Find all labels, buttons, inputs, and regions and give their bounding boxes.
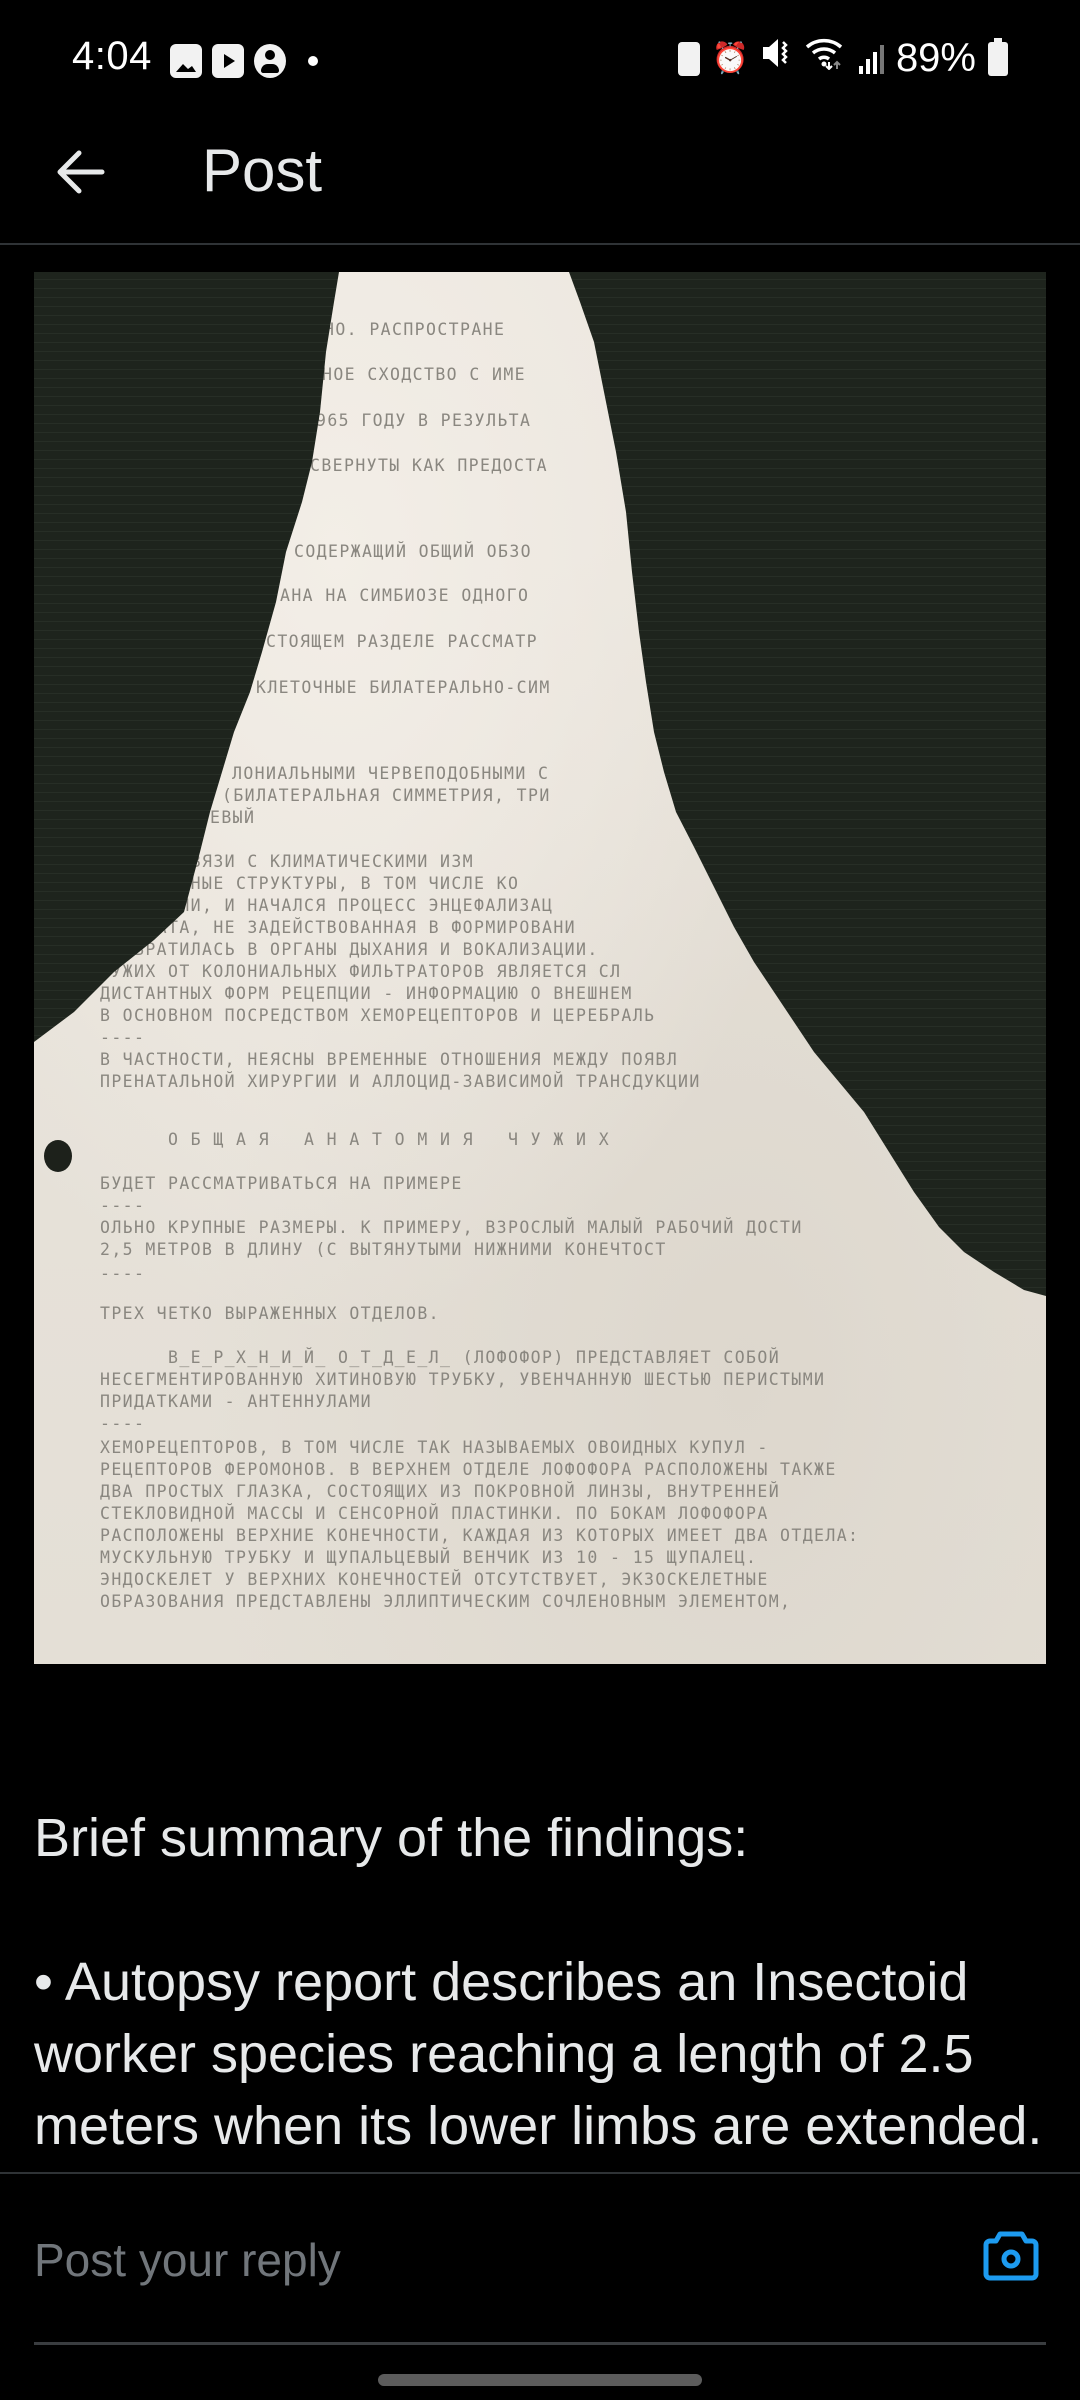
document-line: ---- bbox=[100, 1026, 145, 1049]
document-line: ЛОНИАЛЬНЫМИ ЧЕРВЕПОДОБНЫМИ С bbox=[232, 762, 549, 785]
document-line: ПРЕНАТАЛЬНОЙ ХИРУРГИИ И АЛЛОЦИД-ЗАВИСИМО… bbox=[100, 1070, 701, 1093]
document-line: РАСПОЛОЖЕНЫ ВЕРХНИЕ КОНЕЧНОСТИ, КАЖДАЯ И… bbox=[100, 1524, 859, 1547]
document-line: АНА НА СИМБИОЗЕ ОДНОГО bbox=[280, 584, 529, 607]
document-line: ЧУЖИХ ОТ КОЛОНИАЛЬНЫХ ФИЛЬТРАТОРОВ ЯВЛЯЕ… bbox=[100, 960, 621, 983]
arrow-left-icon bbox=[55, 149, 105, 195]
camera-icon bbox=[982, 2226, 1040, 2284]
post-image[interactable]: НО. РАСПРОСТРАНЕНОЕ СХОДСТВО С ИМЕ965 ГО… bbox=[34, 272, 1046, 1664]
page-title: Post bbox=[202, 136, 322, 205]
home-indicator[interactable] bbox=[378, 2374, 702, 2386]
alarm-icon: ⏰ bbox=[712, 39, 749, 79]
summary-heading: Brief summary of the findings: bbox=[34, 1802, 1044, 1874]
punch-hole bbox=[44, 1140, 72, 1172]
back-button[interactable] bbox=[50, 142, 110, 202]
document-line: СТЕКЛОВИДНОЙ МАССЫ И СЕНСОРНОЙ ПЛАСТИНКИ… bbox=[100, 1502, 769, 1525]
document-line: В ЧАСТНОСТИ, НЕЯСНЫ ВРЕМЕННЫЕ ОТНОШЕНИЯ … bbox=[100, 1048, 678, 1071]
youtube-icon bbox=[212, 44, 244, 78]
document-line: ДИСТАНТНЫХ ФОРМ РЕЦЕПЦИИ - ИНФОРМАЦИЮ О … bbox=[100, 982, 633, 1005]
document-line: УЛ). В СВЯЗИ С КЛИМАТИЧЕСКИМИ ИЗМ bbox=[100, 850, 474, 873]
document-line: ЕВЫЙ bbox=[210, 806, 255, 829]
battery-percent: 89% bbox=[896, 36, 976, 81]
signal-icon bbox=[859, 44, 884, 74]
reply-composer bbox=[0, 2172, 1080, 2400]
status-bar: 4:04 ⏰ 89% bbox=[0, 0, 1080, 120]
document-line: В_Е_Р_Х_Н_И_Й_ О_Т_Д_Е_Л_ (ЛОФОФОР) ПРЕД… bbox=[100, 1346, 780, 1369]
document-line: ДВА ПРОСТЫХ ГЛАЗКА, СОСТОЯЩИХ ИЗ ПОКРОВН… bbox=[100, 1480, 780, 1503]
wifi-icon bbox=[805, 36, 847, 81]
document-line: ПРЕВРАТИЛАСЬ В ОРГАНЫ ДЫХАНИЯ И ВОКАЛИЗА… bbox=[100, 938, 599, 961]
document-line: АППАРАТА, НЕ ЗАДЕЙСТВОВАННАЯ В ФОРМИРОВА… bbox=[100, 916, 576, 939]
post-body: Brief summary of the findings: • Autopsy… bbox=[34, 1802, 1044, 2234]
battery-icon bbox=[988, 42, 1008, 76]
app-bar: Post bbox=[0, 120, 1080, 245]
document-line: МУСКУЛЬНУЮ ТРУБКУ И ЩУПАЛЬЦЕВЫЙ ВЕНЧИК И… bbox=[100, 1546, 757, 1569]
document-line: ПРИДАТКАМИ - АНТЕННУЛАМИ bbox=[100, 1390, 372, 1413]
document-line: ТРЕХ ЧЕТКО ВЫРАЖЕННЫХ ОТДЕЛОВ. bbox=[100, 1302, 440, 1325]
document-line: НО. РАСПРОСТРАНЕ bbox=[324, 318, 505, 341]
status-time: 4:04 bbox=[72, 34, 152, 79]
document-line: КЛЕТОЧНЫЕ БИЛАТЕРАЛЬНО-СИМ bbox=[256, 676, 551, 699]
document-line: О Б Щ А Я А Н А Т О М И Я Ч У Ж И Х bbox=[100, 1128, 610, 1151]
document-line: ЭНДОСКЕЛЕТ У ВЕРХНИХ КОНЕЧНОСТЕЙ ОТСУТСТ… bbox=[100, 1568, 769, 1591]
document-line: СОДЕРЖАЩИЙ ОБЩИЙ ОБЗО bbox=[294, 540, 532, 563]
document-line: СВЕРНУТЫ КАК ПРЕДОСТА bbox=[310, 454, 548, 477]
document-line: (БИЛАТЕРАЛЬНАЯ СИММЕТРИЯ, ТРИ bbox=[222, 784, 551, 807]
document-line: БУДЕТ РАССМАТРИВАТЬСЯ НА ПРИМЕРЕ bbox=[100, 1172, 463, 1195]
document-line: В ОСНОВНОМ ПОСРЕДСТВОМ ХЕМОРЕЦЕПТОРОВ И … bbox=[100, 1004, 655, 1027]
document-line: 965 ГОДУ В РЕЗУЛЬТА bbox=[316, 409, 531, 432]
reply-underline bbox=[34, 2342, 1046, 2345]
account-icon bbox=[254, 44, 286, 78]
document-line: ---- bbox=[100, 1412, 145, 1435]
document-line: ЗОСКЕЛЕТНЫЕ СТРУКТУРЫ, В ТОМ ЧИСЛЕ КО bbox=[100, 872, 519, 895]
document-line: ---- bbox=[100, 1262, 145, 1285]
gallery-icon bbox=[170, 44, 202, 78]
document-line: СТОЯЩЕМ РАЗДЕЛЕ РАССМАТР bbox=[266, 630, 538, 653]
notification-icons bbox=[170, 44, 318, 78]
camera-button[interactable] bbox=[982, 2226, 1040, 2284]
document-line: ---- bbox=[100, 1194, 145, 1217]
document-line: 2,5 МЕТРОВ В ДЛИНУ (С ВЫТЯНУТЫМИ НИЖНИМИ… bbox=[100, 1238, 667, 1261]
document-line: ХЕМОРЕЦЕПТОРОВ, В ТОМ ЧИСЛЕ ТАК НАЗЫВАЕМ… bbox=[100, 1436, 769, 1459]
document-line: ОБРАЗОВАНИЯ ПРЕДСТАВЛЕНЫ ЭЛЛИПТИЧЕСКИМ С… bbox=[100, 1590, 791, 1613]
document-line: НОЕ СХОДСТВО С ИМЕ bbox=[322, 363, 526, 386]
document-line: НЕСЕГМЕНТИРОВАННУЮ ХИТИНОВУЮ ТРУБКУ, УВЕ… bbox=[100, 1368, 825, 1391]
document-line: РЕЦЕПТОРОВ ФЕРОМОНОВ. В ВЕРХНЕМ ОТДЕЛЕ Л… bbox=[100, 1458, 837, 1481]
more-notifications-dot-icon bbox=[308, 56, 318, 66]
battery-saver-icon bbox=[678, 42, 700, 76]
system-icons: ⏰ 89% bbox=[678, 36, 1008, 81]
document-line: ЛОКОМОЦИИ, И НАЧАЛСЯ ПРОЦЕСС ЭНЦЕФАЛИЗАЦ bbox=[100, 894, 553, 917]
mute-icon bbox=[761, 36, 793, 81]
document-line: ОЛЬНО КРУПНЫЕ РАЗМЕРЫ. К ПРИМЕРУ, ВЗРОСЛ… bbox=[100, 1216, 803, 1239]
reply-input[interactable] bbox=[34, 2224, 954, 2296]
